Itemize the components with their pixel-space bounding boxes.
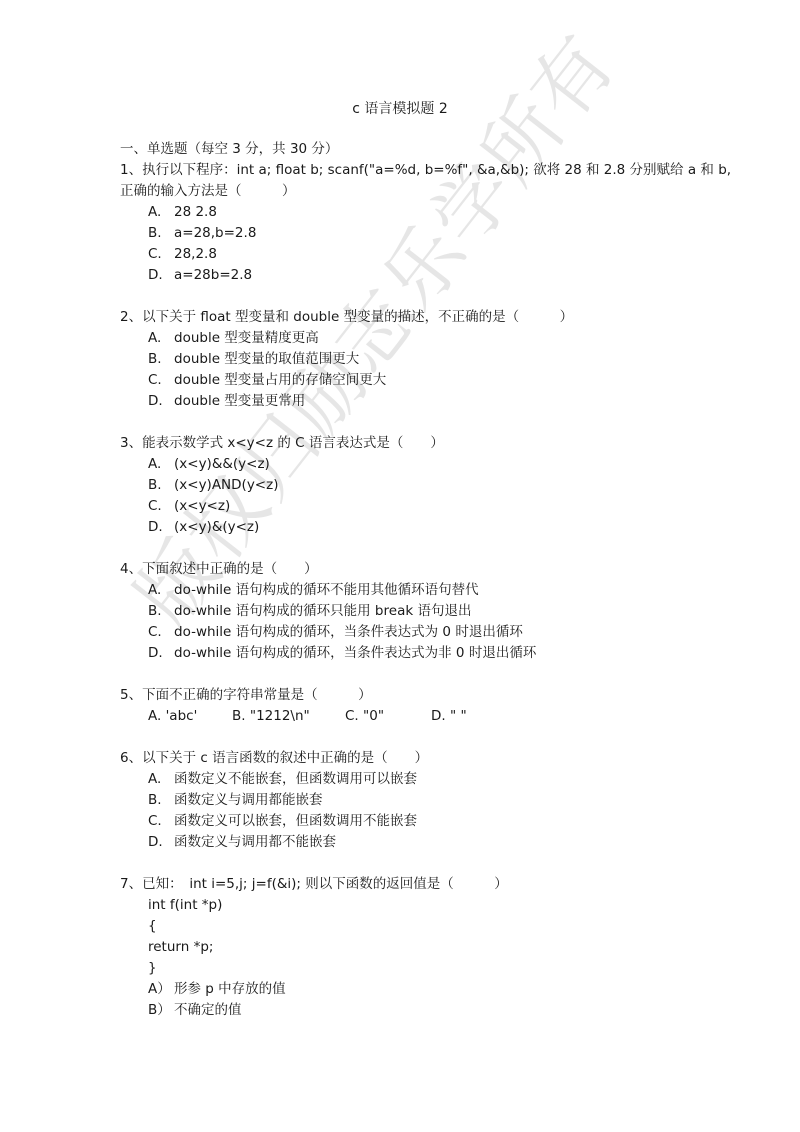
question-6-option-b: B.函数定义与调用都能嵌套 [148, 790, 323, 810]
question-2-option-d: D.double 型变量更常用 [148, 391, 305, 411]
question-7-code-line: return *p; [148, 937, 213, 957]
question-1-text-cont: 正确的输入方法是（ ） [120, 181, 296, 201]
section-heading: 一、单选题（每空 3 分，共 30 分） [120, 139, 338, 159]
question-1-option-c: C.28,2.8 [148, 244, 217, 264]
question-2-option-b: B.double 型变量的取值范围更大 [148, 349, 359, 369]
question-4-option-b: B.do-while 语句构成的循环只能用 break 语句退出 [148, 601, 471, 621]
question-2-option-c: C.double 型变量占用的存储空间更大 [148, 370, 386, 390]
question-5-option-c: C. "0" [345, 706, 431, 726]
question-3-option-b: B.(x<y)AND(y<z) [148, 475, 278, 495]
question-2-option-a: A.double 型变量精度更高 [148, 328, 319, 348]
document-page: 版权归励志乐学所有 c 语言模拟题 2 一、单选题（每空 3 分，共 30 分）… [0, 0, 800, 1132]
question-6-text: 6、以下关于 c 语言函数的叙述中正确的是（ ） [120, 748, 428, 768]
question-6-option-a: A.函数定义不能嵌套，但函数调用可以嵌套 [148, 769, 417, 789]
question-2-text: 2、以下关于 float 型变量和 double 型变量的描述，不正确的是（ ） [120, 307, 573, 327]
question-7-code-line: int f(int *p) [148, 895, 222, 915]
question-3-option-a: A.(x<y)&&(y<z) [148, 454, 270, 474]
question-1-text: 1、执行以下程序：int a; float b; scanf("a=%d, b=… [120, 160, 731, 180]
question-5-option-b: B. "1212\n" [232, 706, 345, 726]
question-5-option-d: D. " " [431, 706, 467, 726]
document-title: c 语言模拟题 2 [0, 98, 800, 118]
question-4-option-d: D.do-while 语句构成的循环，当条件表达式为非 0 时退出循环 [148, 643, 536, 663]
question-4-option-a: A.do-while 语句构成的循环不能用其他循环语句替代 [148, 580, 479, 600]
question-3-option-c: C.(x<y<z) [148, 496, 230, 516]
question-3-text: 3、能表示数学式 x<y<z 的 C 语言表达式是（ ） [120, 433, 444, 453]
question-7-text: 7、已知： int i=5,j; j=f(&i); 则以下函数的返回值是（ ） [120, 874, 508, 894]
question-1-option-d: D.a=28b=2.8 [148, 265, 252, 285]
question-7-code-line: { [148, 916, 157, 936]
question-4-option-c: C.do-while 语句构成的循环，当条件表达式为 0 时退出循环 [148, 622, 523, 642]
question-7-option-b: B）不确定的值 [148, 1000, 242, 1020]
question-6-option-d: D.函数定义与调用都不能嵌套 [148, 832, 336, 852]
question-5-options: A. 'abc'B. "1212\n"C. "0"D. " " [148, 706, 467, 726]
question-4-text: 4、下面叙述中正确的是（ ） [120, 559, 318, 579]
question-6-option-c: C.函数定义可以嵌套，但函数调用不能嵌套 [148, 811, 417, 831]
question-5-option-a: A. 'abc' [148, 706, 232, 726]
question-5-text: 5、下面不正确的字符串常量是（ ） [120, 685, 372, 705]
question-7-code-line: } [148, 958, 157, 978]
question-7-option-a: A）形参 p 中存放的值 [148, 979, 286, 999]
question-1-option-b: B.a=28,b=2.8 [148, 223, 256, 243]
question-3-option-d: D.(x<y)&(y<z) [148, 517, 259, 537]
question-1-option-a: A.28 2.8 [148, 202, 217, 222]
